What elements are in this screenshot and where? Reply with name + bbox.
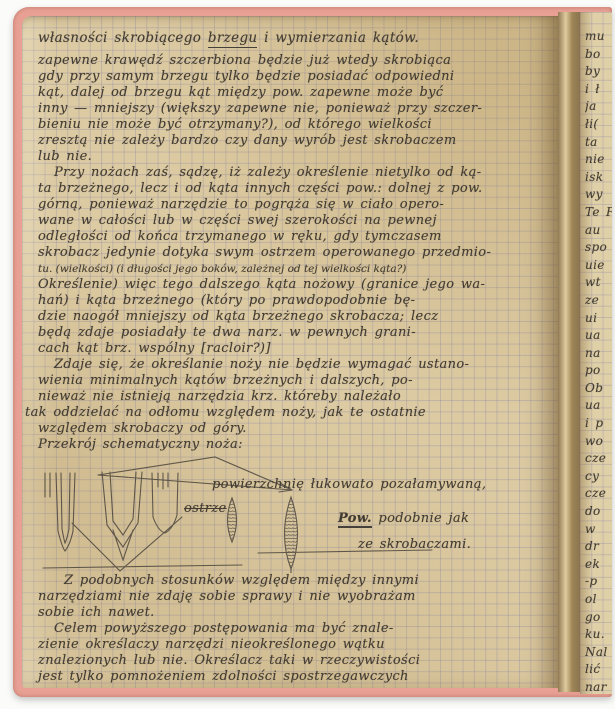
handwritten-fragment: do	[585, 503, 612, 521]
handwritten-line: nieważ nie istnieją narzędzia krz. które…	[38, 389, 558, 405]
notebook-page-left: własności skrobiącego brzegu i wymierzan…	[22, 16, 558, 688]
handwritten-line: Zdaje się, że określanie noży nie będzie…	[38, 357, 558, 373]
diagram-label-pow-underlined: Pow.	[338, 511, 372, 528]
handwritten-fragment: cy	[585, 468, 612, 486]
title-text-underlined: brzegu	[208, 30, 258, 48]
handwritten-fragment: wy	[585, 186, 612, 204]
handwritten-line: cach kąt brz. wspólny [racloir?)]	[38, 341, 558, 357]
handwritten-fragment: lić	[585, 661, 612, 679]
handwritten-line: względem skrobaczy od góry.	[38, 421, 558, 437]
handwritten-line: hań) i kąta brzeżnego (który po prawdopo…	[38, 293, 558, 309]
handwritten-line: lub nie.	[38, 149, 558, 165]
handwritten-line: górną, ponieważ narzędzie to pogrąża się…	[38, 197, 558, 213]
handwritten-line: narzędziami nie zdaję sobie sprawy i nie…	[38, 589, 558, 605]
notebook-page-right-edge: mubobyi łjałi(tanieiskwyTe Faauspouiewtz…	[580, 12, 612, 694]
handwritten-fragment: po	[585, 362, 612, 380]
paragraph-4: Z podobnych stosunków względem między in…	[38, 573, 558, 685]
handwritten-fragment: i p	[585, 415, 612, 433]
handwritten-fragment: ek	[585, 556, 612, 574]
handwritten-line: tu. (wielkości) (i długości jego boków, …	[38, 261, 558, 277]
handwritten-line: jest tylko pomnożeniem zdolności spostrz…	[38, 669, 558, 685]
handwritten-line: sobie ich nawet.	[38, 605, 558, 621]
handwritten-line: gdy przy samym brzegu tylko będzie posia…	[38, 69, 558, 85]
handwritten-fragment: i ł	[585, 81, 612, 99]
handwritten-line: zapewne krawędź szczerbiona będzie już w…	[38, 53, 558, 69]
handwritten-fragment: nie	[585, 151, 612, 169]
handwritten-fragment: wt	[585, 274, 612, 292]
handwritten-line: ta brzeżnego, lecz i od kąta innych częś…	[38, 181, 558, 197]
handwritten-fragment: ze	[585, 292, 612, 310]
handwritten-fragment: w	[585, 521, 612, 539]
handwritten-fragment: -p	[585, 573, 612, 591]
handwritten-fragment: ua	[585, 397, 612, 415]
diagram-label-crossed-out: ostrze	[184, 501, 227, 516]
handwritten-line: wane w całości lub w części swej szeroko…	[38, 213, 558, 229]
handwritten-line: skrobacz jedynie dotyka swym ostrzem ope…	[38, 245, 558, 261]
handwritten-fragment: ku.	[585, 626, 612, 644]
paragraph-3: Zdaje się, że określanie noży nie będzie…	[38, 357, 558, 453]
handwritten-fragment: ol	[585, 591, 612, 609]
handwritten-line: wienia minimalnych kątów brzeżnych i dal…	[38, 373, 558, 389]
diagram-label-pow: Pow. podobnie jak	[338, 511, 469, 526]
title-text-pre: własności skrobiącego	[38, 30, 208, 46]
handwritten-fragment: Te Fa	[585, 204, 612, 222]
handwritten-line: Określenie) więc tego dalszego kąta nożo…	[38, 277, 558, 293]
handwritten-line: kąt, dalej od brzegu kąt między pow. zap…	[38, 85, 558, 101]
pencil-sketch-blades	[32, 455, 558, 573]
handwritten-line: Z podobnych stosunków względem między in…	[38, 573, 558, 589]
handwritten-line: znalezionych lub nie. Określacz taki w r…	[38, 653, 558, 669]
handwritten-fragment: bo	[585, 46, 612, 64]
title-text-post: i wymierzania kątów.	[257, 30, 419, 46]
handwritten-fragment: ui	[585, 310, 612, 328]
handwritten-fragment: by	[585, 63, 612, 81]
handwritten-fragment: go	[585, 609, 612, 627]
handwritten-fragment: Nal	[585, 644, 612, 662]
handwritten-line: Celem powyższego postępowania ma być zna…	[38, 621, 558, 637]
handwritten-line: Przy nożach zaś, sądzę, iż zależy określ…	[38, 165, 558, 181]
handwritten-fragment: Ob	[585, 380, 612, 398]
handwritten-line: dzie naogół mniejszy od kąta brzeżnego s…	[38, 309, 558, 325]
notebook-gutter-binding	[558, 12, 580, 692]
handwritten-fragment: wo	[585, 433, 612, 451]
handwritten-line: inny — mniejszy (większy zapewne nie, po…	[38, 101, 558, 117]
notebook-scan: własności skrobiącego brzegu i wymierzan…	[0, 0, 615, 709]
handwritten-fragment: nar	[585, 679, 612, 694]
handwritten-line: bieniu nie może być otrzymany?), od któr…	[38, 117, 558, 133]
diagram-label-pow-rest: podobnie jak	[372, 511, 469, 526]
handwritten-line: tak oddzielać na odłomu względem noży, j…	[25, 405, 558, 421]
diagram-label-skrobacze: ze skrobaczami.	[358, 537, 471, 552]
handwritten-fragment: ja	[585, 98, 612, 116]
handwritten-line: zresztą nie zależy bardzo czy dany wyrób…	[38, 133, 558, 149]
handwritten-line: odległości od końca trzymanego w ręku, g…	[38, 229, 558, 245]
handwritten-fragment: uie	[585, 257, 612, 275]
handwritten-line: zienie określaczy narzędzi nieokreśloneg…	[38, 637, 558, 653]
handwritten-fragment: isk	[585, 169, 612, 187]
handwritten-fragment: cze	[585, 450, 612, 468]
diagram-label-surface: powierzchnię łukowato pozałamywaną,	[212, 477, 486, 492]
handwritten-fragment: spo	[585, 239, 612, 257]
handwritten-fragment: au	[585, 222, 612, 240]
knife-cross-section-diagram: powierzchnię łukowato pozałamywaną, ostr…	[32, 455, 558, 573]
handwritten-fragment: mu	[585, 28, 612, 46]
handwritten-fragment: dr	[585, 538, 612, 556]
handwritten-fragment: łi(	[585, 116, 612, 134]
paragraph-2: Przy nożach zaś, sądzę, iż zależy określ…	[38, 165, 558, 357]
handwritten-fragment: cze	[585, 485, 612, 503]
paragraph-1: zapewne krawędź szczerbiona będzie już w…	[38, 53, 558, 165]
handwritten-fragment: na	[585, 345, 612, 363]
handwritten-line: będą zdaje posiadały te dwa narz. w pewn…	[38, 325, 558, 341]
handwritten-line: Przekrój schematyczny noża:	[38, 437, 558, 453]
handwritten-fragment: ua	[585, 327, 612, 345]
handwritten-fragment: ta	[585, 134, 612, 152]
page-title: własności skrobiącego brzegu i wymierzan…	[38, 30, 558, 46]
